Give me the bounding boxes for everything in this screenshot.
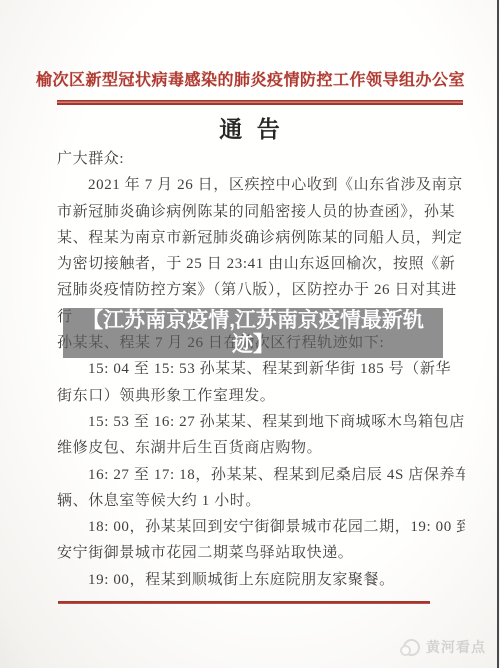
photo-edge (497, 0, 499, 668)
doc-title: 通 告 (0, 111, 500, 144)
doc-line: 街东口）领典形象工作室理发。 (57, 383, 465, 409)
doc-line: 15: 04 至 15: 53 孙某某、程某到新华街 185 号（新华 (57, 356, 465, 382)
doc-line: 18: 00，孙某某回到安宁街御景城市花园二期，19: 00 到 (57, 514, 465, 540)
doc-line: 市新冠肺炎确诊病例陈某的同船密接人员的协查函》，孙某 (57, 199, 465, 225)
doc-line: 维修皮包、东湖井后生百货商店购物。 (57, 435, 465, 461)
doc-line: 为密切接触者，于 25 日 23:41 由山东返回榆次，按照《新 (57, 251, 465, 277)
doc-line: 广大群众: (57, 146, 465, 172)
doc-line: 辆、休息室等候大约 1 小时。 (57, 488, 465, 514)
doc-line: 19: 00，程某到顺城街上东庭院朋友家聚餐。 (57, 567, 465, 593)
doc-line: 冠肺炎疫情防控方案》（第八版），区防控办于 26 日对其进 (57, 277, 465, 303)
doc-line: 安宁街御景城市花园二期菜鸟驿站取快递。 (57, 540, 465, 566)
doc-line: 2021 年 7 月 26 日，区疾控中心收到《山东省涉及南京 (57, 172, 465, 198)
red-rule-top (57, 100, 463, 105)
watermark-text: 黄河看点 (426, 637, 486, 657)
doc-line: 16: 27 至 17: 18，孙某某、程某到尼桑启辰 4S 店保养车 (57, 462, 465, 488)
doc-body: 广大群众: 2021 年 7 月 26 日，区疾控中心收到《山东省涉及南京 市新… (57, 146, 465, 593)
watermark: 黄河看点 (403, 638, 486, 656)
red-rule-bottom (58, 601, 430, 604)
doc-line: 某、程某为南京市新冠肺炎确诊病例陈某的同船人员，判定 (57, 225, 465, 251)
caption-overlay: 【江苏南京疫情,江苏南京疫情最新轨迹】 (63, 308, 443, 358)
doc-line: 15: 53 至 16: 27 孙某某、程某到地下商城啄木鸟箱包店 (57, 409, 465, 435)
document-photo: 榆次区新型冠状病毒感染的肺炎疫情防控工作领导组办公室 通 告 广大群众: 202… (0, 0, 500, 668)
watermark-logo-icon (403, 639, 420, 656)
issuer-header: 榆次区新型冠状病毒感染的肺炎疫情防控工作领导组办公室 (36, 67, 464, 90)
